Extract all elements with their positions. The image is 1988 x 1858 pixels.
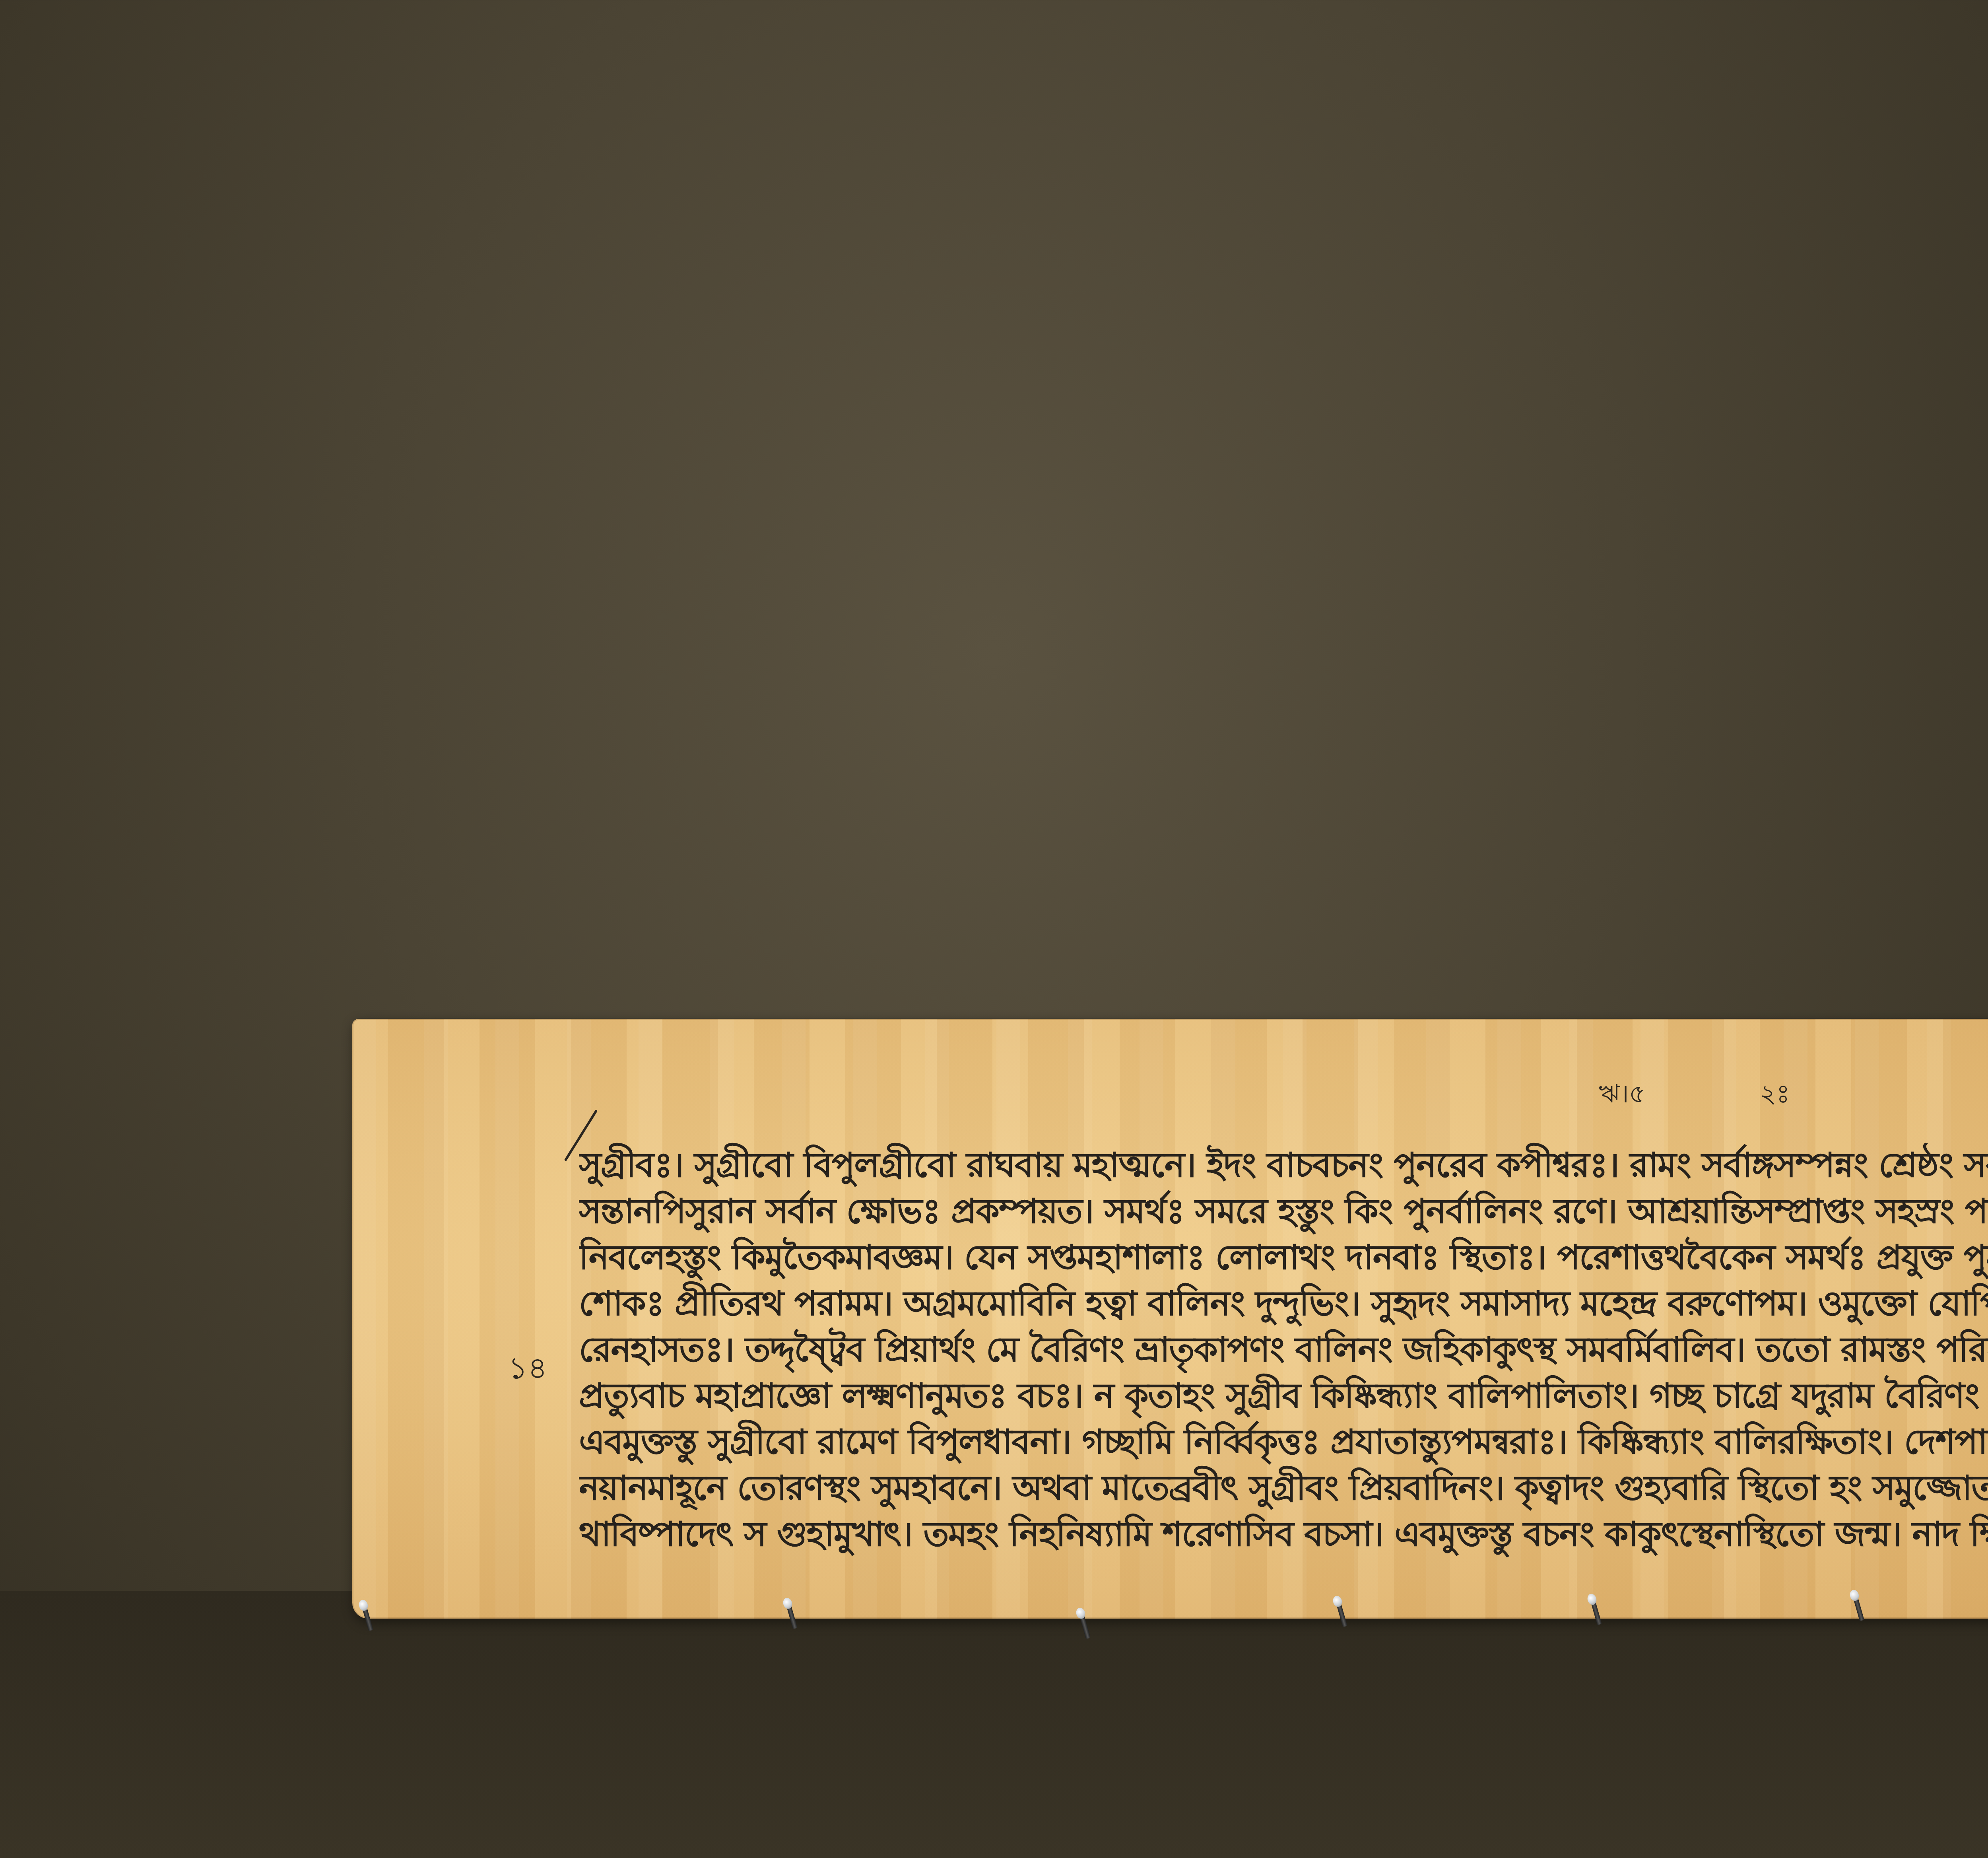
text-line: শোকঃ প্রীতিরথ পরামম। অগ্রমমোবিনি হত্বা ব…: [579, 1281, 1988, 1327]
text-line: এবমুক্তস্তু সুগ্রীবো রামেণ বিপুলধাবনা। গ…: [579, 1419, 1988, 1465]
text-line: নিবলেহস্তুং কিমুতৈকমাবজ্ঞম। যেন সপ্তমহাশ…: [579, 1234, 1988, 1281]
text-line: নয়ানমাহূনে তোরণস্থং সুমহাবনে। অথবা মাতে…: [579, 1465, 1988, 1511]
text-line: থাবিষ্পাদেৎ স গুহামুখাৎ। তমহং নিহনিষ্যাম…: [579, 1511, 1988, 1557]
text-line: রেনহাসতঃ। তদ্দৃষ্ট্বৈব প্রিয়ার্থং মে বৈ…: [579, 1327, 1988, 1373]
left-margin-folio-number: ১৪: [508, 1345, 547, 1395]
header-mark-right: ২ঃ: [1760, 1075, 1790, 1117]
manuscript-text: সুগ্রীবঃ। সুগ্রীবো বিপুলগ্রীবো রাঘবায় ম…: [579, 1142, 1988, 1557]
text-line: প্রত্যুবাচ মহাপ্রাজ্ঞো লক্ষ্মণানুমতঃ বচঃ…: [579, 1373, 1988, 1419]
backdrop-shadow: [0, 1591, 1988, 1858]
text-line: সুগ্রীবঃ। সুগ্রীবো বিপুলগ্রীবো রাঘবায় ম…: [579, 1142, 1988, 1188]
header-mark-left: ঋ।৫: [1599, 1075, 1645, 1117]
manuscript-folio: ঋ।৫ ২ঃ ১৪ ৩৭২ দি সুগ্রীবঃ। সুগ্রীবো বিপু…: [352, 1019, 1988, 1619]
text-line: সন্তানপিসুরান সর্বান ক্ষোভঃ প্রকম্পয়ত। …: [579, 1188, 1988, 1234]
